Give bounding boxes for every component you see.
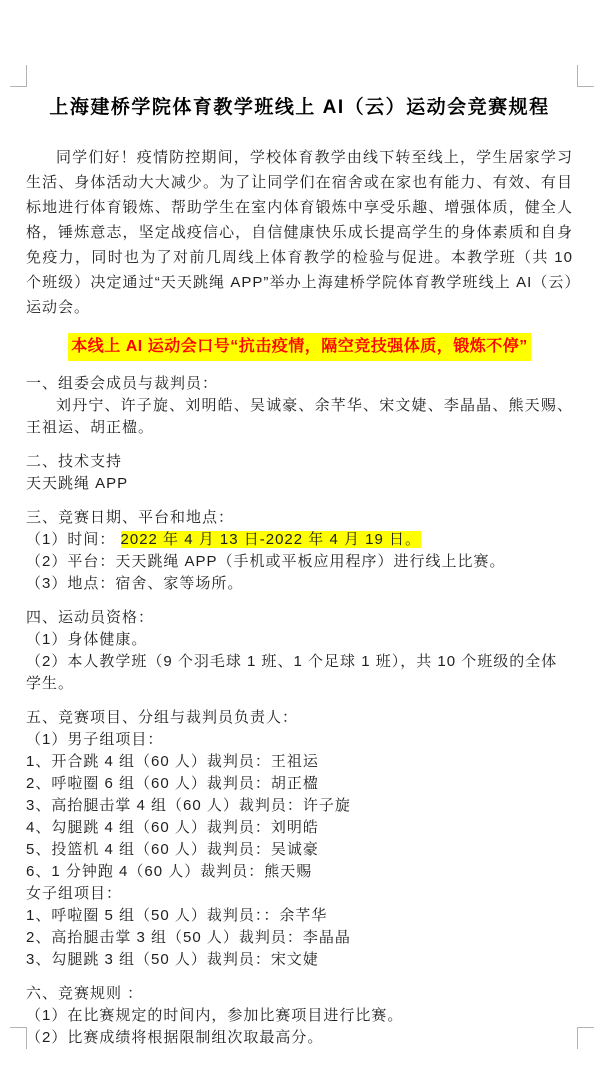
text-segment: 3、勾腿跳 3 组（50 人）裁判员：宋文婕 (26, 951, 319, 968)
section-line: （2）本人教学班（9 个羽毛球 1 班、1 个足球 1 班），共 10 个班级的… (26, 651, 573, 695)
margin-corner-mark-top-left (10, 65, 27, 87)
section-line: （2）平台：天天跳绳 APP（手机或平板应用程序）进行线上比赛。 (26, 551, 573, 573)
highlighted-text-segment: 2022 年 4 月 13 日-2022 年 4 月 19 日。 (121, 531, 421, 548)
section-line: 天天跳绳 APP (26, 473, 573, 495)
text-segment: 4、勾腿跳 4 组（60 人）裁判员：刘明皓 (26, 819, 319, 836)
document-section: 三、竞赛日期、平台和地点： （1）时间： 2022 年 4 月 13 日-202… (26, 507, 573, 595)
section-line: 1、呼啦圈 5 组（50 人）裁判员：：余芊华 (26, 905, 573, 927)
section-heading: 二、技术支持 (26, 451, 573, 473)
text-segment: 1、呼啦圈 5 组（50 人）裁判员：：余芊华 (26, 907, 327, 924)
section-line: 4、勾腿跳 4 组（60 人）裁判员：刘明皓 (26, 817, 573, 839)
document-page: 上海建桥学院体育教学班线上 AI（云）运动会竞赛规程 同学们好！疫情防控期间，学… (0, 0, 599, 1069)
section-heading: 一、组委会成员与裁判员： (26, 373, 573, 395)
text-segment: 天天跳绳 APP (26, 475, 128, 492)
text-segment: （1）男子组项目： (26, 731, 163, 748)
text-segment: 5、投篮机 4 组（60 人）裁判员：吴诚豪 (26, 841, 319, 858)
document-section: 五、竞赛项目、分组与裁判员负责人： （1）男子组项目： 1、开合跳 4 组（60… (26, 707, 573, 971)
document-section: 一、组委会成员与裁判员： 刘丹宁、许子旋、刘明皓、吴诚豪、余芊华、宋文婕、李晶晶… (26, 373, 573, 439)
text-segment: 2、呼啦圈 6 组（60 人）裁判员：胡正楹 (26, 775, 319, 792)
text-segment: （1）时间： (26, 531, 115, 548)
text-segment: （2）本人教学班（9 个羽毛球 1 班、1 个足球 1 班），共 10 个班级的… (26, 653, 557, 692)
section-heading: 五、竞赛项目、分组与裁判员负责人： (26, 707, 573, 729)
section-line: 3、勾腿跳 3 组（50 人）裁判员：宋文婕 (26, 949, 573, 971)
margin-corner-mark-bottom-left (10, 1027, 27, 1049)
text-segment: （2）平台：天天跳绳 APP（手机或平板应用程序）进行线上比赛。 (26, 553, 506, 570)
document-section: 四、运动员资格： （1）身体健康。 （2）本人教学班（9 个羽毛球 1 班、1 … (26, 607, 573, 695)
sections-container: 一、组委会成员与裁判员： 刘丹宁、许子旋、刘明皓、吴诚豪、余芊华、宋文婕、李晶晶… (26, 373, 573, 1049)
document-section: 二、技术支持 天天跳绳 APP (26, 451, 573, 495)
section-line: （1）男子组项目： (26, 729, 573, 751)
text-segment: 2、高抬腿击掌 3 组（50 人）裁判员：李晶晶 (26, 929, 351, 946)
text-segment: 1、开合跳 4 组（60 人）裁判员：王祖运 (26, 753, 319, 770)
text-segment: 6、1 分钟跑 4（60 人）裁判员：熊天赐 (26, 863, 312, 880)
section-line: 2、呼啦圈 6 组（60 人）裁判员：胡正楹 (26, 773, 573, 795)
section-line: （3）地点：宿舍、家等场所。 (26, 573, 573, 595)
margin-corner-mark-bottom-right (577, 1027, 594, 1049)
section-line: （1）在比赛规定的时间内，参加比赛项目进行比赛。 (26, 1005, 573, 1027)
text-segment: 刘丹宁、许子旋、刘明皓、吴诚豪、余芊华、宋文婕、李晶晶、熊天赐、王祖运、胡正楹。 (26, 397, 573, 436)
section-heading: 三、竞赛日期、平台和地点： (26, 507, 573, 529)
text-segment: 3、高抬腿击掌 4 组（60 人）裁判员：许子旋 (26, 797, 351, 814)
intro-paragraph: 同学们好！疫情防控期间，学校体育教学由线下转至线上，学生居家学习生活、身体活动大… (26, 145, 573, 320)
section-line: 1、开合跳 4 组（60 人）裁判员：王祖运 (26, 751, 573, 773)
section-line: （1）时间： 2022 年 4 月 13 日-2022 年 4 月 19 日。 (26, 529, 573, 551)
text-segment: 女子组项目： (26, 885, 122, 902)
section-line: 5、投篮机 4 组（60 人）裁判员：吴诚豪 (26, 839, 573, 861)
margin-corner-mark-top-right (577, 65, 594, 87)
text-segment: （3）地点：宿舍、家等场所。 (26, 575, 243, 592)
section-heading: 四、运动员资格： (26, 607, 573, 629)
section-heading: 六、竞赛规则 ： (26, 983, 573, 1005)
text-segment: （2）比赛成绩将根据限制组次取最高分。 (26, 1029, 323, 1046)
slogan-highlighted-text: 本线上 AI 运动会口号“抗击疫情，隔空竞技强体质，锻炼不停” (68, 333, 530, 361)
section-line: 女子组项目： (26, 883, 573, 905)
document-section: 六、竞赛规则 ： （1）在比赛规定的时间内，参加比赛项目进行比赛。 （2）比赛成… (26, 983, 573, 1049)
section-line: 2、高抬腿击掌 3 组（50 人）裁判员：李晶晶 (26, 927, 573, 949)
section-line: 3、高抬腿击掌 4 组（60 人）裁判员：许子旋 (26, 795, 573, 817)
text-segment: （1）在比赛规定的时间内，参加比赛项目进行比赛。 (26, 1007, 403, 1024)
section-line: 刘丹宁、许子旋、刘明皓、吴诚豪、余芊华、宋文婕、李晶晶、熊天赐、王祖运、胡正楹。 (26, 395, 573, 439)
section-line: 6、1 分钟跑 4（60 人）裁判员：熊天赐 (26, 861, 573, 883)
document-content: 上海建桥学院体育教学班线上 AI（云）运动会竞赛规程 同学们好！疫情防控期间，学… (26, 95, 573, 1049)
section-line: （1）身体健康。 (26, 629, 573, 651)
text-segment: （1）身体健康。 (26, 631, 147, 648)
document-title: 上海建桥学院体育教学班线上 AI（云）运动会竞赛规程 (26, 95, 573, 121)
slogan-row: 本线上 AI 运动会口号“抗击疫情，隔空竞技强体质，锻炼不停” (26, 333, 573, 361)
section-line: （2）比赛成绩将根据限制组次取最高分。 (26, 1027, 573, 1049)
